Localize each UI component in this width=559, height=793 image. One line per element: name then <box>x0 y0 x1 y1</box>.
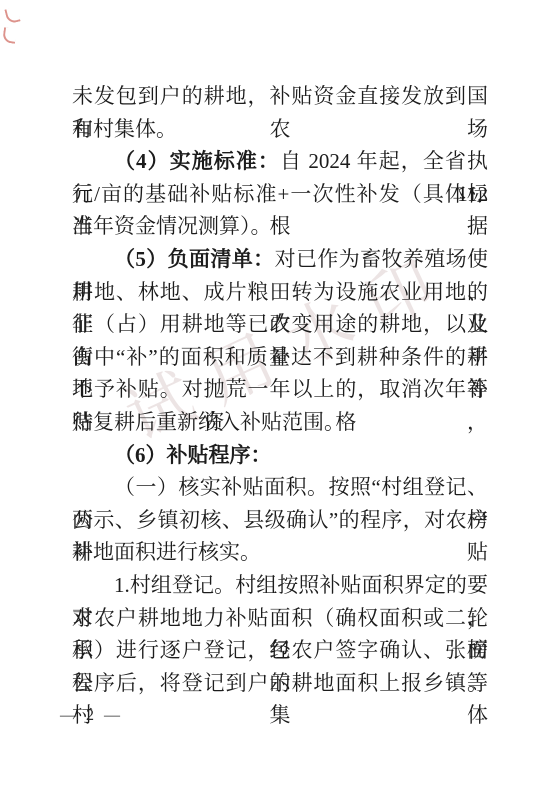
text-line: 不予补贴。对抛荒一年以上的，取消次年补贴资格， <box>72 373 488 406</box>
text-line: 衡中“补”的面积和质量达不到耕种条件的耕地等 <box>72 341 488 374</box>
text-line: 程序后，将登记到户的耕地面积上报乡镇。村集体 <box>72 667 488 700</box>
red-pen-mark-icon <box>4 7 20 25</box>
document-page: 试用水印 未发包到户的耕地，补贴资金直接发放到国有农场 和村集体。 （4）实施标… <box>0 0 559 793</box>
red-pen-mark-icon <box>2 27 17 44</box>
text-line: （一）核实补贴面积。按照“村组登记、两榜 <box>72 471 488 504</box>
page-number: — 2 — <box>60 707 123 725</box>
body-text: 未发包到户的耕地，补贴资金直接发放到国有农场 和村集体。 （4）实施标准：自 2… <box>72 80 488 699</box>
text-line: 元/亩的基础补贴标准+一次性补发（具体标准根据 <box>72 178 488 211</box>
text-line: （6）补贴程序： <box>72 439 488 472</box>
text-line: （4）实施标准：自 2024 年起，全省执行 112 <box>72 145 488 178</box>
text-line: 积）进行逐户登记，经农户签字确认、张榜公示等 <box>72 634 488 667</box>
text-line: 公示、乡镇初核、县级确认”的程序，对农户补贴 <box>72 504 488 537</box>
text-line: （5）负面清单：对已作为畜牧养殖场使用的 <box>72 243 488 276</box>
text-line: 征（占）用耕地等已改变用途的耕地，以及占补平 <box>72 308 488 341</box>
text-line: 耕地、林地、成片粮田转为设施农业用地、非农业 <box>72 276 488 309</box>
text-line: 对农户耕地地力补贴面积（确权面积或二轮承包面 <box>72 602 488 635</box>
text-line: 未发包到户的耕地，补贴资金直接发放到国有农场 <box>72 80 488 113</box>
text-line: 1.村组登记。村组按照补贴面积界定的要求， <box>72 569 488 602</box>
